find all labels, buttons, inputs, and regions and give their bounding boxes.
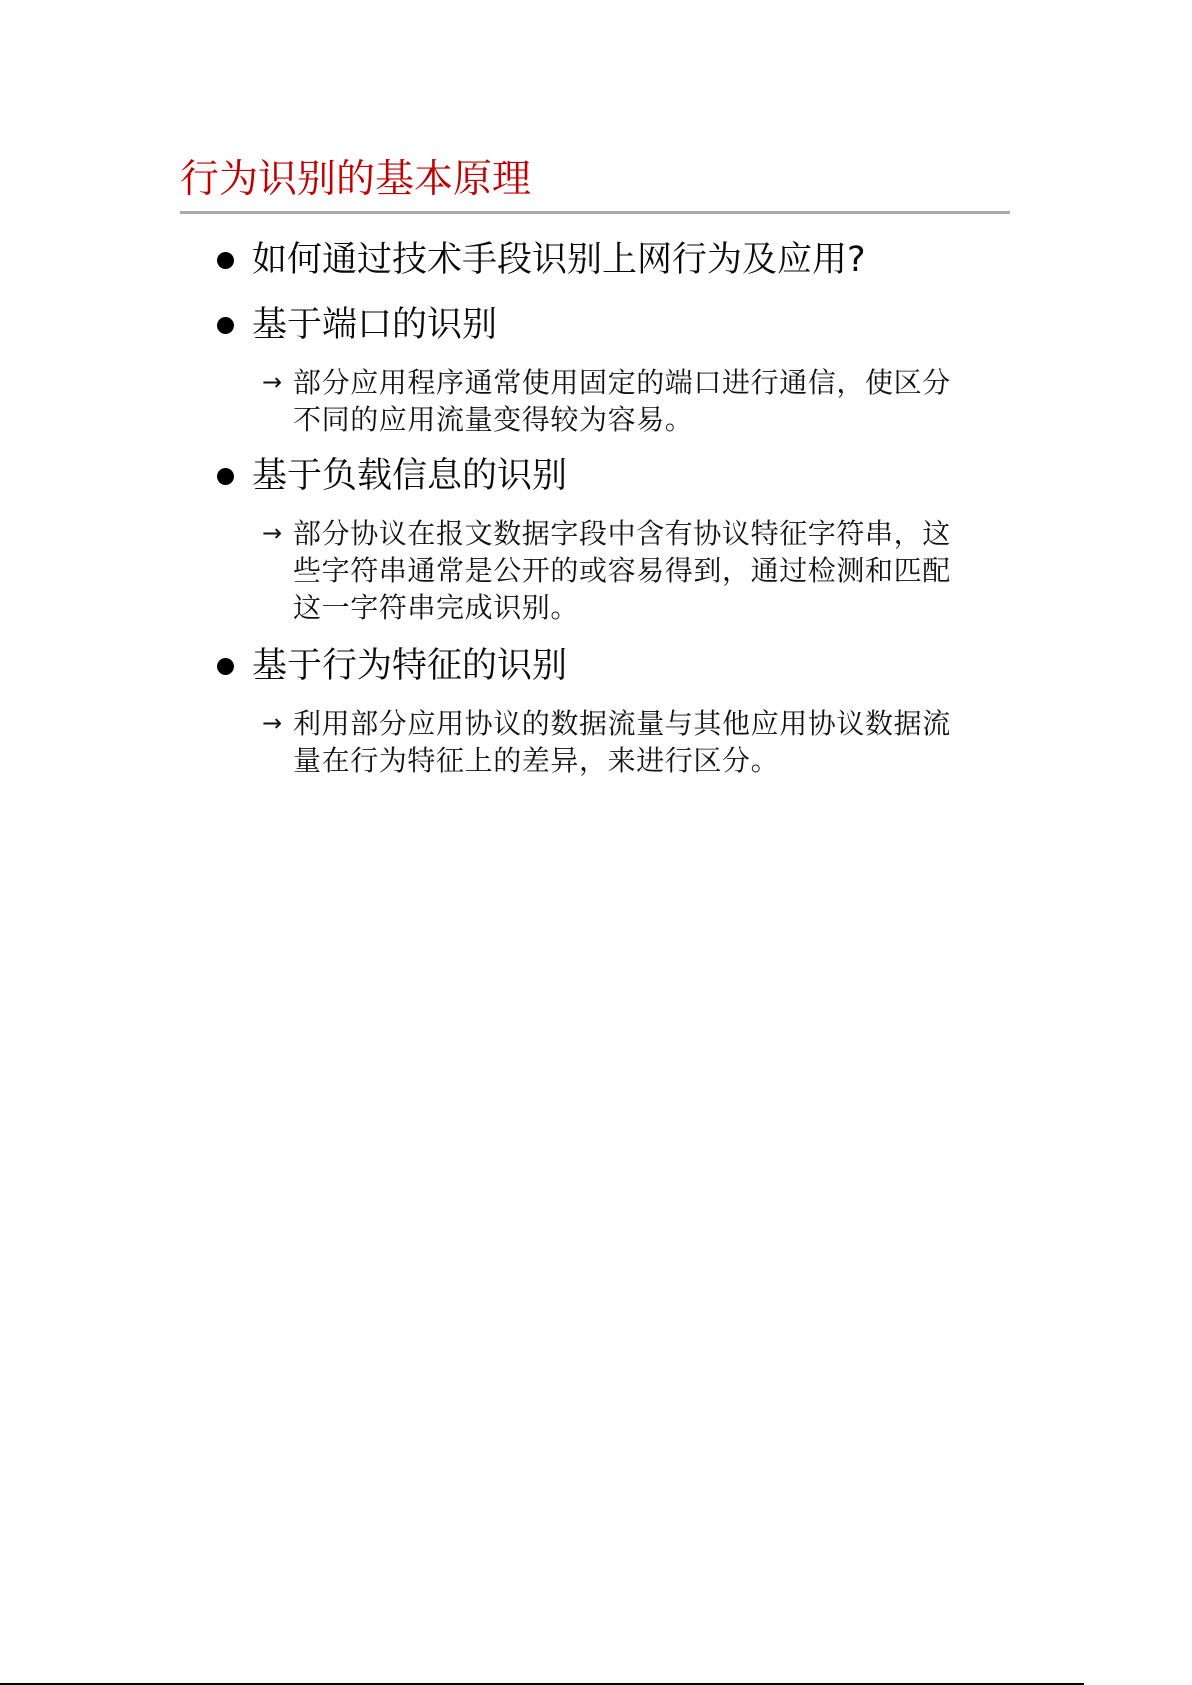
bullet-dot-icon (217, 658, 234, 675)
subpoint: → 利用部分应用协议的数据流量与其他应用协议数据流 量在行为特征上的差异，来进行… (262, 705, 1022, 779)
bullet-text: 基于行为特征的识别 (252, 643, 567, 689)
arrow-right-icon: → (262, 705, 293, 742)
subpoint-line: 这一字符串完成识别。 (293, 589, 579, 626)
arrow-right-icon: → (262, 515, 293, 552)
bullet-item: 如何通过技术手段识别上网行为及应用? (217, 237, 1017, 283)
arrow-right-icon: → (262, 364, 293, 401)
subpoint-line: 些字符串通常是公开的或容易得到，通过检测和匹配 (293, 552, 951, 589)
subpoint-line: 部分应用程序通常使用固定的端口进行通信，使区分 (293, 364, 951, 401)
subpoint-line: 量在行为特征上的差异，来进行区分。 (293, 742, 779, 779)
bullet-text: 基于负载信息的识别 (252, 453, 567, 499)
bullet-item: 基于行为特征的识别 (217, 643, 1017, 689)
bullet-item: 基于负载信息的识别 (217, 453, 1017, 499)
title-divider (180, 211, 1010, 214)
subpoint: → 部分应用程序通常使用固定的端口进行通信，使区分 不同的应用流量变得较为容易。 (262, 364, 1022, 438)
subpoint-line: 部分协议在报文数据字段中含有协议特征字符串，这 (293, 515, 951, 552)
bullet-dot-icon (217, 317, 234, 334)
bullet-text: 基于端口的识别 (252, 302, 497, 348)
bullet-text: 如何通过技术手段识别上网行为及应用? (252, 237, 866, 283)
subpoint-line: 利用部分应用协议的数据流量与其他应用协议数据流 (293, 705, 951, 742)
bullet-item: 基于端口的识别 (217, 302, 1017, 348)
subpoint: → 部分协议在报文数据字段中含有协议特征字符串，这 些字符串通常是公开的或容易得… (262, 515, 1022, 626)
subpoint-line: 不同的应用流量变得较为容易。 (293, 401, 693, 438)
bullet-dot-icon (217, 468, 234, 485)
bullet-dot-icon (217, 252, 234, 269)
slide-title: 行为识别的基本原理 (180, 156, 531, 204)
